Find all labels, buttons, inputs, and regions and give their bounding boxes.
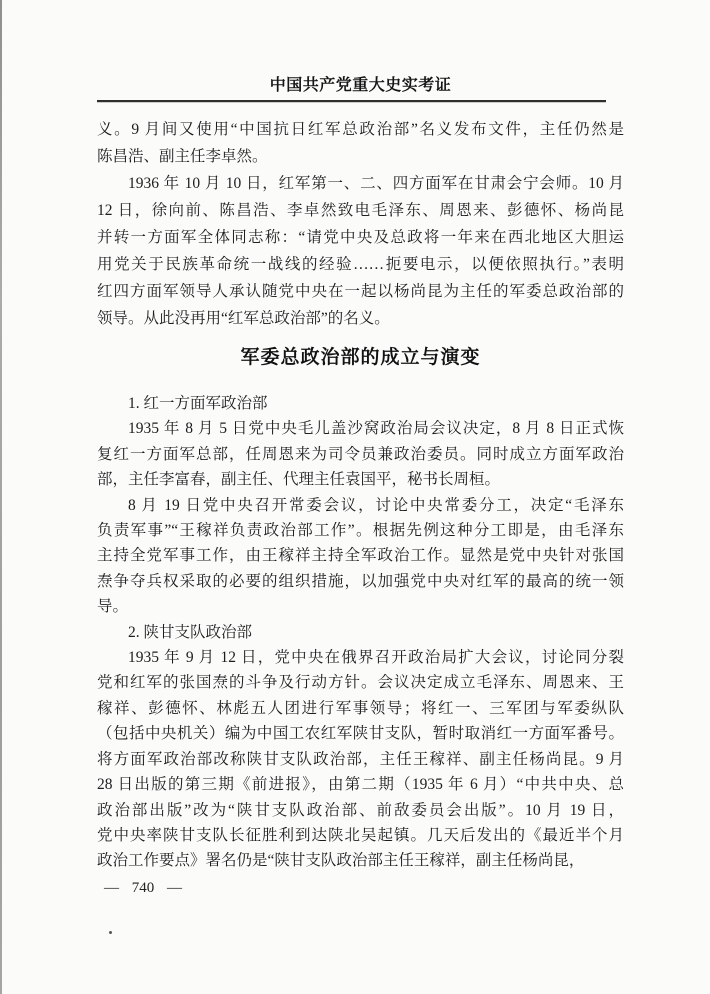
section-heading: 军委总政治部的成立与演变 [97,342,624,369]
text-line: 并转一方面军全体同志称：“请党中央及总政将一年来在西北地区大胆运 [97,224,624,251]
text-line: （包括中央机关）编为中国工农红军陕甘支队，暂时取消红一方面军番号。 [97,721,624,746]
paragraph: 1936 年 10 月 10 日，红军第一、二、四方面军在甘肃会宁会师。10 月… [97,170,624,332]
item-title-line: 1. 红一方面军政治部 [97,391,624,416]
paragraph: 义。9 月间又使用“中国抗日红军总政治部”名义发布文件，主任仍然是陈昌浩、副主任… [97,116,624,170]
text-line: 28 日出版的第三期《前进报》，由第二期（1935 年 6 月）“中共中央、总 [97,772,624,797]
text-line: 政治工作要点》署名仍是“陕甘支队政治部主任王稼祥，副主任杨尚昆， [97,848,624,873]
text-line: 稼祥、彭德怀、林彪五人团进行军事领导；将红一、三军团与军委纵队 [97,696,624,721]
text-line: 义。9 月间又使用“中国抗日红军总政治部”名义发布文件，主任仍然是 [97,116,624,143]
text-line: 焘争夺兵权采取的必要的组织措施，以加强党中央对红军的最高的统一领 [97,569,624,594]
text-line: 将方面军政治部改称陕甘支队政治部，主任王稼祥、副主任杨尚昆。9 月 [97,747,624,772]
text-line: 党和红军的张国焘的斗争及行动方针。会议决定成立毛泽东、周恩来、王 [97,670,624,695]
scanned-book-page: 中国共产党重大史实考证 义。9 月间又使用“中国抗日红军总政治部”名义发布文件，… [0,0,710,994]
paragraph: 8 月 19 日党中央召开常委会议，讨论中央常委分工，决定“毛泽东负责军事”“王… [97,493,624,620]
text-line: 1935 年 8 月 5 日党中央毛儿盖沙窝政治局会议决定，8 月 8 日正式恢 [97,416,624,441]
scan-edge-artifact [0,0,2,994]
text-line: 导。 [97,594,624,619]
text-line: 党中央率陕甘支队长征胜利到达陕北吴起镇。几天后发出的《最近半个月 [97,823,624,848]
scan-speck-artifact [109,931,112,934]
text-line: 8 月 19 日党中央召开常委会议，讨论中央常委分工，决定“毛泽东 [97,493,624,518]
text-line: 用党关于民族革命统一战线的经验……扼要电示，以便依照执行。”表明 [97,251,624,278]
running-header-title: 中国共产党重大史实考证 [97,72,624,95]
text-line: 1935 年 9 月 12 日，党中央在俄界召开政治局扩大会议，讨论同分裂 [97,645,624,670]
text-line: 陈昌浩、副主任李卓然。 [97,143,624,170]
text-line: 1936 年 10 月 10 日，红军第一、二、四方面军在甘肃会宁会师。10 月 [97,170,624,197]
item-title-block: 1. 红一方面军政治部 [97,391,624,416]
paragraph: 1935 年 8 月 5 日党中央毛儿盖沙窝政治局会议决定，8 月 8 日正式恢… [97,416,624,492]
text-line: 政治部出版”改为“陕甘支队政治部、前敌委员会出版”。10 月 19 日， [97,798,624,823]
header-rule [97,100,606,102]
text-line: 12 日，徐向前、陈昌浩、李卓然致电毛泽东、周恩来、彭德怀、杨尚昆 [97,197,624,224]
text-line: 领导。从此没再用“红军总政治部”的名义。 [97,305,624,332]
paragraph: 1935 年 9 月 12 日，党中央在俄界召开政治局扩大会议，讨论同分裂党和红… [97,645,624,874]
item-title-block: 2. 陕甘支队政治部 [97,620,624,645]
item-title-line: 2. 陕甘支队政治部 [97,620,624,645]
text-line: 红四方面军领导人承认随党中央在一起以杨尚昆为主任的军委总政治部的 [97,278,624,305]
page-number: — 740 — [104,880,182,897]
text-line: 负责军事”“王稼祥负责政治部工作”。根据先例这种分工即是，由毛泽东 [97,518,624,543]
body-text-before-heading: 义。9 月间又使用“中国抗日红军总政治部”名义发布文件，主任仍然是陈昌浩、副主任… [97,116,624,332]
text-line: 部，主任李富春，副主任、代理主任袁国平，秘书长周桓。 [97,467,624,492]
text-line: 复红一方面军总部，任周恩来为司令员兼政治委员。同时成立方面军政治 [97,442,624,467]
body-text-after-heading: 1. 红一方面军政治部1935 年 8 月 5 日党中央毛儿盖沙窝政治局会议决定… [97,391,624,874]
text-line: 主持全党军事工作，由王稼祥主持全军政治工作。显然是党中央针对张国 [97,543,624,568]
